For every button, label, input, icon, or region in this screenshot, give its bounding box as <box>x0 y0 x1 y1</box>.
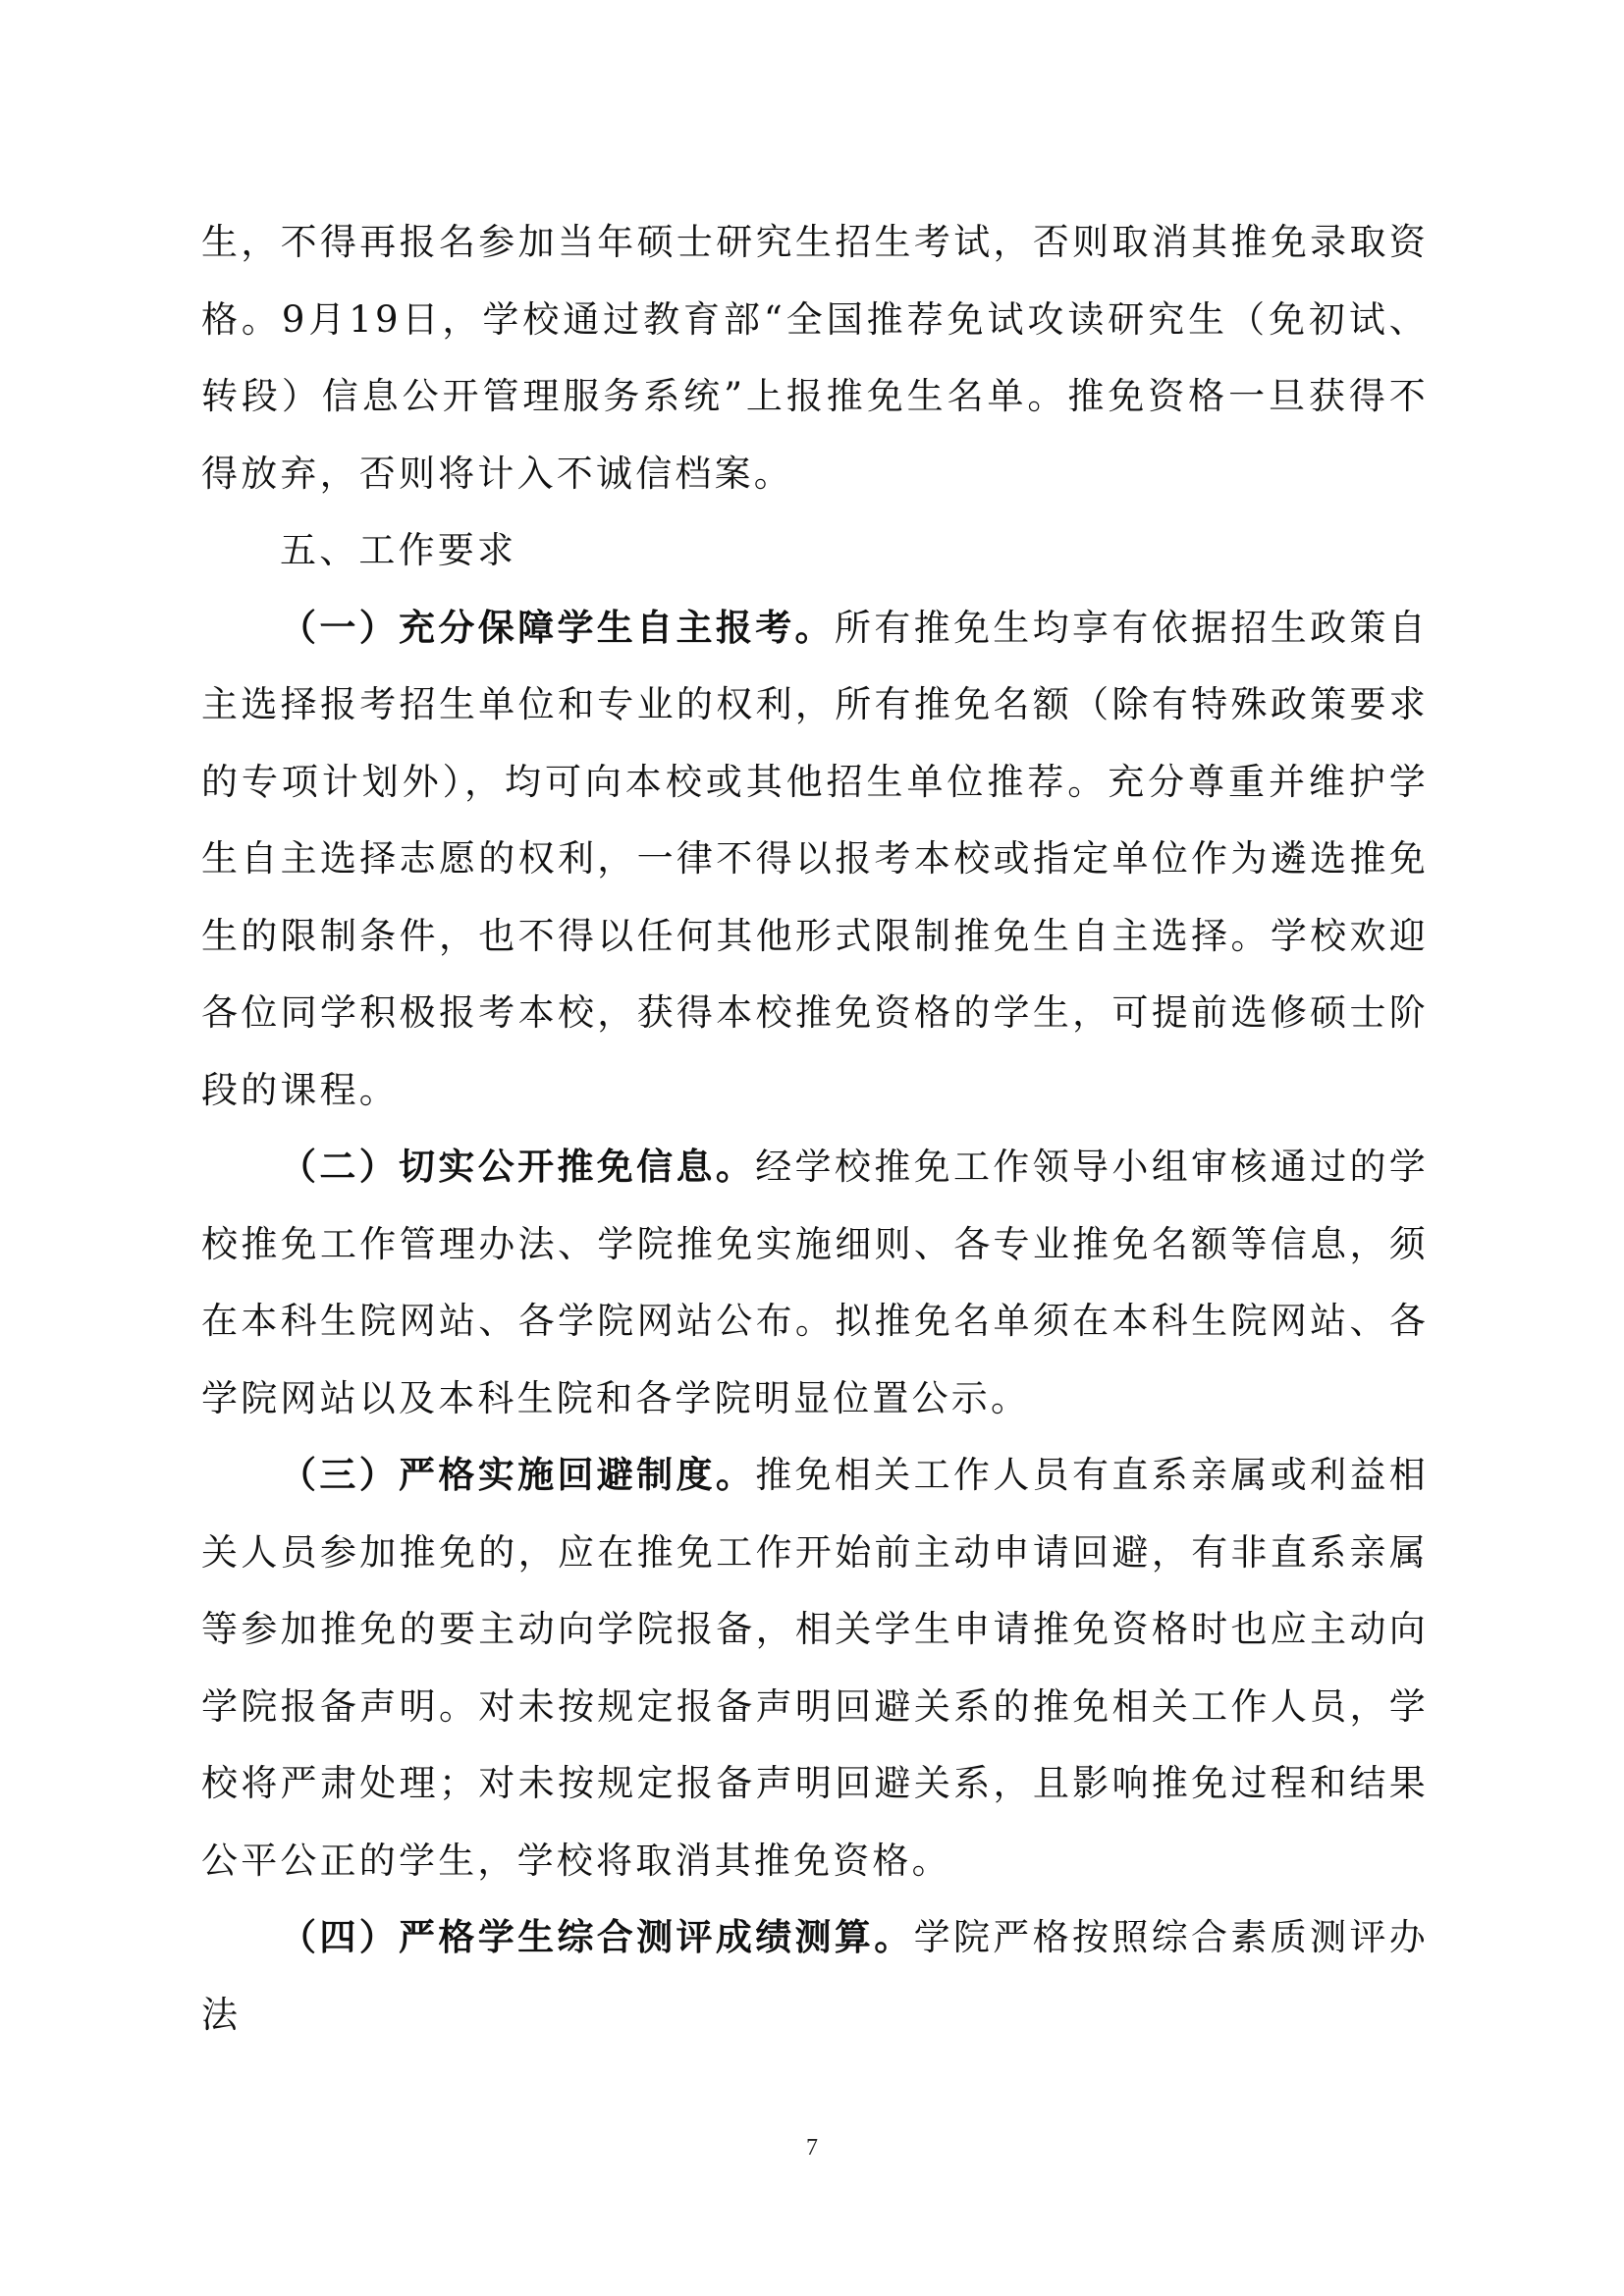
item-lead: （二）切实公开推免信息。 <box>280 1146 755 1188</box>
item-lead: （四）严格学生综合测评成绩测算。 <box>280 1916 914 1958</box>
item-text: 所有推免生均享有依据招生政策自主选择报考招生单位和专业的权利，所有推免名额（除有… <box>201 607 1429 1111</box>
requirement-item-3: （三）严格实施回避制度。推免相关工作人员有直系亲属或利益相关人员参加推免的，应在… <box>201 1437 1429 1899</box>
section-heading: 五、工作要求 <box>201 512 1429 590</box>
page-number: 7 <box>0 2135 1624 2162</box>
requirement-item-1: （一）充分保障学生自主报考。所有推免生均享有依据招生政策自主选择报考招生单位和专… <box>201 590 1429 1130</box>
item-text: 推免相关工作人员有直系亲属或利益相关人员参加推免的，应在推免工作开始前主动申请回… <box>201 1454 1429 1882</box>
document-page: 生，不得再报名参加当年硕士研究生招生考试，否则取消其推免录取资格。9月19日，学… <box>0 0 1624 2296</box>
paragraph-text: 生，不得再报名参加当年硕士研究生招生考试，否则取消其推免录取资格。9月19日，学… <box>201 221 1429 495</box>
requirement-item-4: （四）严格学生综合测评成绩测算。学院严格按照综合素质测评办法 <box>201 1899 1429 2054</box>
item-lead: （三）严格实施回避制度。 <box>280 1454 755 1496</box>
paragraph-continuation: 生，不得再报名参加当年硕士研究生招生考试，否则取消其推免录取资格。9月19日，学… <box>201 204 1429 512</box>
section-heading-text: 五、工作要求 <box>280 529 516 571</box>
requirement-item-2: （二）切实公开推免信息。经学校推免工作领导小组审核通过的学校推免工作管理办法、学… <box>201 1129 1429 1437</box>
item-lead: （一）充分保障学生自主报考。 <box>280 607 835 649</box>
document-body: 生，不得再报名参加当年硕士研究生招生考试，否则取消其推免录取资格。9月19日，学… <box>201 204 1429 2054</box>
